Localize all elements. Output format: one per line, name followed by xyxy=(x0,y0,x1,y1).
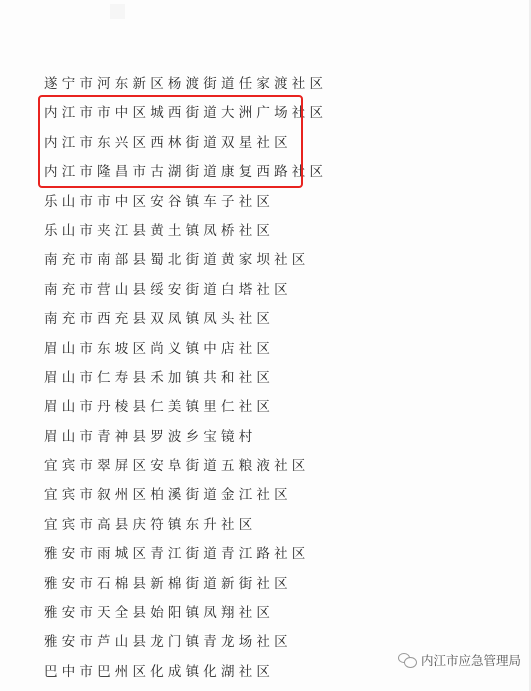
list-item: 南充市南部县蜀北街道黄家坝社区 xyxy=(44,246,327,275)
list-item: 乐山市夹江县黄土镇凤桥社区 xyxy=(44,217,327,246)
red-highlight-box xyxy=(38,95,303,188)
list-item: 眉山市东坡区尚义镇中店社区 xyxy=(44,335,327,364)
list-item: 南充市营山县绥安街道白塔社区 xyxy=(44,276,327,305)
list-item: 南充市西充县双凤镇凤头社区 xyxy=(44,305,327,334)
wechat-icon xyxy=(398,653,416,667)
scan-mark xyxy=(110,4,125,19)
list-item: 眉山市青神县罗波乡宝镜村 xyxy=(44,423,327,452)
watermark: 内江市应急管理局 xyxy=(398,651,521,669)
list-item: 雅安市芦山县龙门镇青龙场社区 xyxy=(44,628,327,657)
document-page: 遂宁市河东新区杨渡街道任家渡社区 内江市市中区城西街道大洲广场社区 内江市东兴区… xyxy=(0,0,531,691)
list-item: 宜宾市高县庆符镇东升社区 xyxy=(44,511,327,540)
list-item: 雅安市天全县始阳镇凤翔社区 xyxy=(44,599,327,628)
list-item: 乐山市市中区安谷镇车子社区 xyxy=(44,188,327,217)
list-item: 巴中市巴州区化成镇化湖社区 xyxy=(44,658,327,687)
list-item: 雅安市雨城区青江街道青江路社区 xyxy=(44,540,327,569)
watermark-label: 内江市应急管理局 xyxy=(421,651,521,669)
list-item: 宜宾市翠屏区安阜街道五粮液社区 xyxy=(44,452,327,481)
list-item: 眉山市丹棱县仁美镇里仁社区 xyxy=(44,393,327,422)
list-item: 雅安市石棉县新棉街道新街社区 xyxy=(44,570,327,599)
list-item: 眉山市仁寿县禾加镇共和社区 xyxy=(44,364,327,393)
list-item: 宜宾市叙州区柏溪街道金江社区 xyxy=(44,481,327,510)
